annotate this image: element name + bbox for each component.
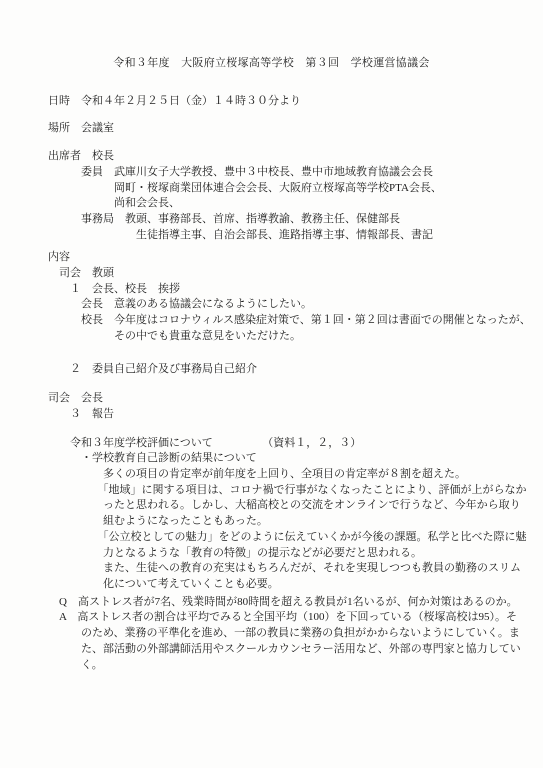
report-body-line: 化について考えていくことも必要。 bbox=[48, 577, 543, 593]
attendees-office-line: 事務局 教頭、事務部長、首席、指導教諭、教務主任、保健部長 bbox=[48, 212, 543, 228]
report-body-line: また、生徒への教育の充実はもちろんだが、それを実現しつつも教員の勤務のスリム bbox=[48, 561, 543, 577]
answer-line: A 高ストレス者の割合は平均でみると全国平均（100）を下回っている（桜塚高校は… bbox=[48, 610, 543, 626]
answer-line: のため、業務の平準化を進め、一部の教員に業務の負担がかからないようにしていく。ま bbox=[48, 626, 543, 642]
moderator-line: 司会 教頭 bbox=[48, 266, 543, 282]
document-body: 日時 令和４年２月２５日（金）１４時３０分より場所 会議室出席者 校長 委員 武… bbox=[48, 94, 543, 674]
moderator-line: 司会 会長 bbox=[48, 391, 543, 407]
question-line: Q 高ストレス者が7名、残業時間が80時間を超える教員が1名いるが、何か対策はあ… bbox=[48, 595, 543, 611]
attendees-members-line: 岡町・桜塚商業団体連合会会長、大阪府立桜塚高等学校PTA会長、 bbox=[48, 181, 543, 197]
datetime-line: 日時 令和４年２月２５日（金）１４時３０分より bbox=[48, 94, 543, 110]
agenda-item-line: ２ 委員自己紹介及び事務局自己紹介 bbox=[48, 362, 543, 378]
speech-line: その中でも貴重な意見をいただけた。 bbox=[48, 329, 543, 345]
agenda-item-line: ３ 報告 bbox=[48, 407, 543, 423]
answer-line: た、部活動の外部講師活用やスクールカウンセラー活用など、外部の専門家と協力してい bbox=[48, 642, 543, 658]
attendees-office-line: 生徒指導主事、自治会部長、進路指導主事、情報部長、書記 bbox=[48, 228, 543, 244]
report-body-line: ったと思われる。しかし、大稲高校との交流をオンラインで行うなど、今年から取り bbox=[48, 498, 543, 514]
report-topic-line: 令和３年度学校評価について （資料１，２，３） bbox=[48, 436, 543, 452]
page-title: 令和３年度 大阪府立桜塚高等学校 第３回 学校運営協議会 bbox=[0, 56, 543, 72]
answer-line: く。 bbox=[48, 658, 543, 674]
report-body-line: 「公立校としての魅力」をどのように伝えていくかが今後の課題。私学と比べた際に魅 bbox=[48, 530, 543, 546]
attendees-principal-line: 出席者 校長 bbox=[48, 149, 543, 165]
speech-line: 校長 今年度はコロナウィルス感染症対策で、第１回・第２回は書面での開催となったが… bbox=[48, 313, 543, 329]
report-body-line: 「地域」に関する項目は、コロナ禍で行事がなくなったことにより、評価が上がらなか bbox=[48, 483, 543, 499]
attendees-members-line: 尚和会会長、 bbox=[48, 196, 543, 212]
document-page: 令和３年度 大阪府立桜塚高等学校 第３回 学校運営協議会 日時 令和４年２月２５… bbox=[0, 0, 543, 768]
report-subtopic-line: ・学校教育自己診断の結果について bbox=[48, 451, 543, 467]
speech-line: 会長 意義のある協議会になるようにしたい。 bbox=[48, 297, 543, 313]
report-body-line: 多くの項目の肯定率が前年度を上回り、全項目の肯定率が８割を超えた。 bbox=[48, 467, 543, 483]
contents-heading-line: 内容 bbox=[48, 250, 543, 266]
report-body-line: 組むようになったこともあった。 bbox=[48, 514, 543, 530]
attendees-members-line: 委員 武庫川女子大学教授、豊中３中校長、豊中市地域教育協議会会長 bbox=[48, 165, 543, 181]
agenda-item-line: １ 会長、校長 挨拶 bbox=[48, 282, 543, 298]
place-line: 場所 会議室 bbox=[48, 121, 543, 137]
report-body-line: 力となるような「教育の特徴」の提示などが必要だと思われる。 bbox=[48, 546, 543, 562]
